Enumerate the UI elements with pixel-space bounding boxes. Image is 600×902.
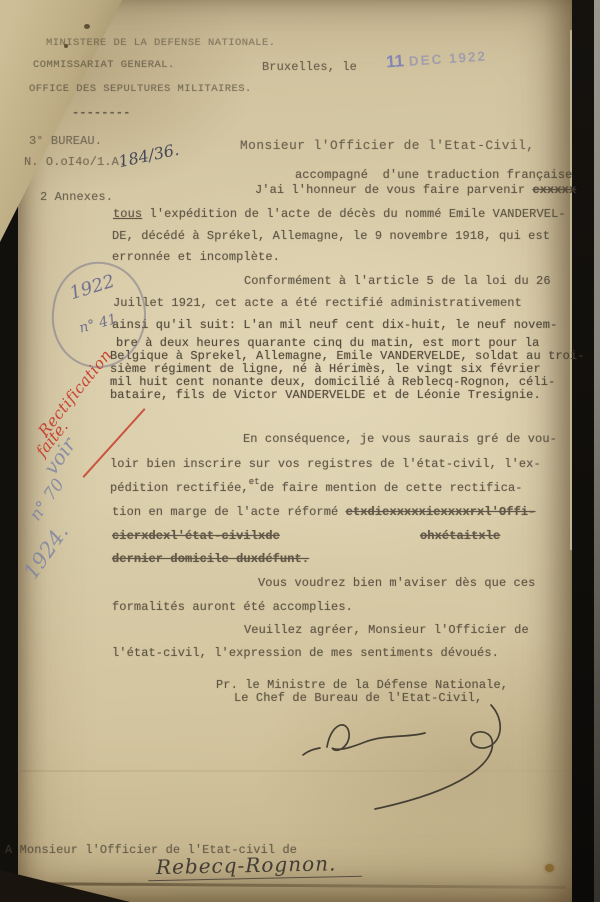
salutation: Monsieur l'Officier de l'Etat-Civil,	[240, 138, 534, 153]
photo-border-grey	[594, 0, 600, 902]
inserted-word: et	[249, 477, 260, 487]
body-line: ainsi qu'il suit: L'an mil neuf cent dix…	[112, 318, 557, 332]
registry-number: n° 41	[77, 311, 118, 336]
footer-commune-handwritten: Rebecq-Rognon.	[148, 851, 363, 881]
body-line: Conformément à l'article 5 de la loi du …	[244, 274, 551, 288]
letterhead-commissariat: COMMISSARIAT GENERAL.	[33, 59, 175, 71]
paper-stain	[545, 864, 554, 872]
red-note-line: Rectification	[35, 346, 116, 440]
body-line: erronnée et incomplète.	[112, 250, 280, 264]
body-line: Veuillez agréer, Monsieur l'Officier de	[244, 623, 529, 637]
paper-speck	[84, 24, 90, 29]
letterhead-separator: --------	[72, 106, 130, 120]
struck-line: cierxdexl'état-civilxde	[112, 529, 280, 543]
body-line: Juillet 1921, cet acte a été rectifié ad…	[113, 296, 522, 310]
letterhead-office: OFFICE DES SEPULTURES MILITAIRES.	[29, 83, 252, 95]
registry-year: 1922	[67, 271, 117, 304]
document-photo: MINISTERE DE LA DEFENSE NATIONALE. COMMI…	[0, 0, 600, 902]
struck-line: ohxétaitxle	[420, 529, 500, 543]
struck-text: etxdiexxxxxiexxxxrxl'Offi-	[346, 505, 536, 519]
struck-text: exxxxx	[532, 183, 576, 197]
underlined-word: tous	[113, 207, 142, 221]
body-line: En conséquence, je vous saurais gré de v…	[243, 432, 557, 446]
body-line: tion en marge de l'acte réformé etxdiexx…	[112, 505, 535, 519]
stamp-month-year: DEC 1922	[408, 48, 487, 68]
inserted-line: accompagné d'une traduction française	[295, 168, 572, 182]
signature	[295, 693, 525, 821]
struck-line: dernier domicile duxdéfunt.	[112, 552, 309, 566]
dateline-place: Bruxelles, le	[262, 60, 357, 74]
body-line: J'ai l'honneur de vous faire parvenir ex…	[255, 183, 576, 197]
body-line: formalités auront été accomplies.	[112, 600, 353, 614]
photo-border-dark	[572, 0, 594, 902]
body-line: tous l'expédition de l'acte de décès du …	[113, 207, 566, 221]
bureau-line: 3° BUREAU.	[29, 134, 102, 148]
annexes-count: 2 Annexes.	[40, 190, 113, 204]
body-text: de faire mention de cette rectifica-	[260, 481, 523, 495]
body-text: tion en marge de l'acte réformé	[112, 505, 346, 519]
reference-number: N. O.oI4o/1.A.	[24, 155, 126, 169]
pencil-note-line: n° 70	[26, 475, 69, 525]
body-line: l'état-civil, l'expression de mes sentim…	[112, 646, 499, 660]
pencil-annotation: voir n° 70 1924.	[0, 438, 130, 618]
body-line: Vous voudrez bien m'aviser dès que ces	[258, 576, 535, 590]
body-text: l'expédition de l'acte de décès du nommé…	[142, 207, 565, 221]
body-text: J'ai l'honneur de vous faire parvenir	[255, 183, 532, 197]
stamp-day: 11	[385, 51, 404, 71]
pencil-note-line: 1924.	[19, 520, 73, 583]
body-line: DE, décédé à Sprékel, Allemagne, le 9 no…	[112, 229, 550, 243]
signoff-line: Pr. le Ministre de la Défense Nationale,	[216, 678, 508, 692]
pencil-note-line: voir	[39, 433, 81, 479]
letterhead-ministry: MINISTERE DE LA DEFENSE NATIONALE.	[46, 37, 276, 49]
paper-edge-highlight	[570, 30, 572, 550]
